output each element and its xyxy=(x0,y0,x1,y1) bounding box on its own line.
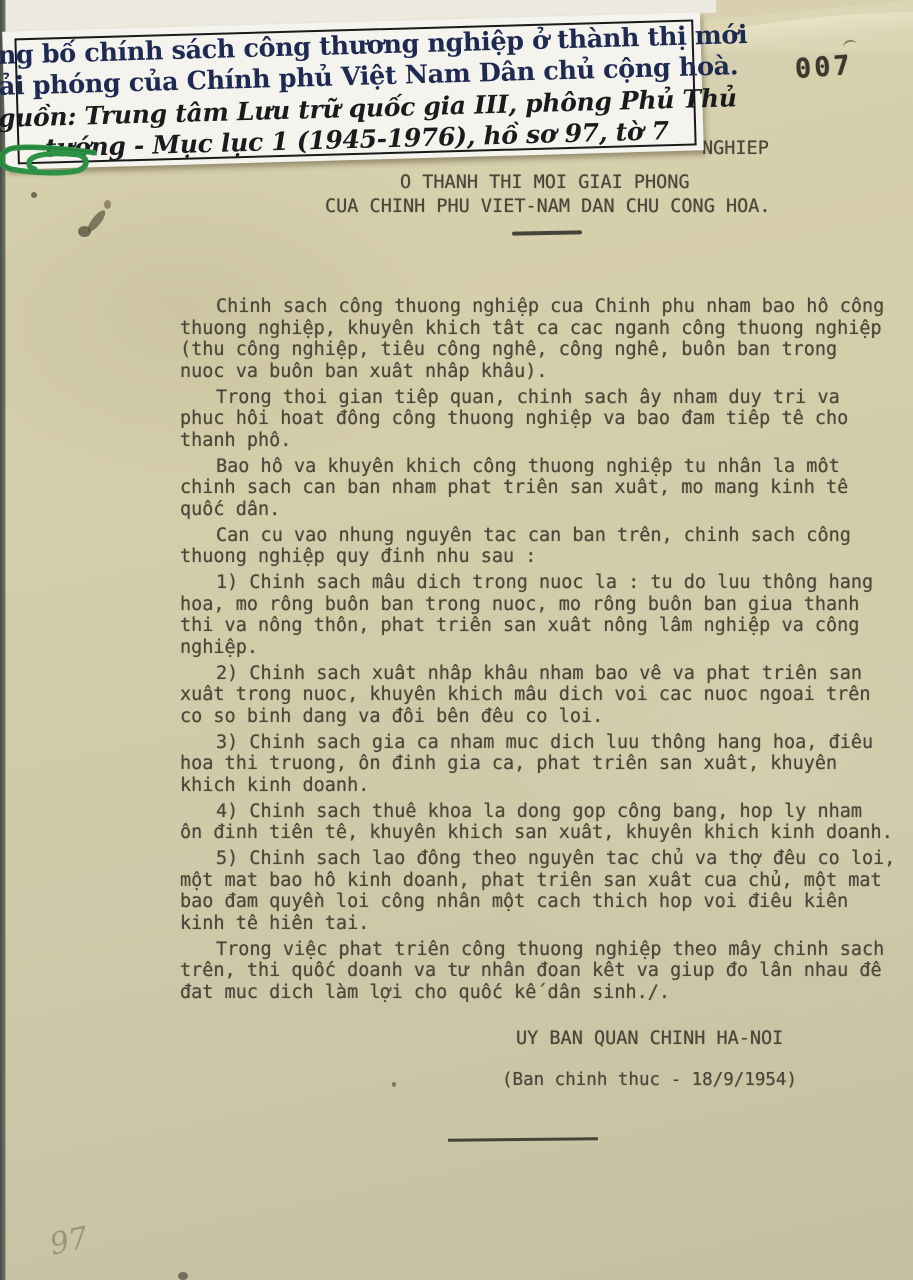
paragraph: Trong thoi gian tiêp quan, chinh sach ây… xyxy=(180,387,913,452)
ink-stain xyxy=(104,200,111,209)
paragraph: Can cu vao nhung nguyên tac can ban trên… xyxy=(180,525,913,568)
typed-heading-line3: CUA CHINH PHU VIET-NAM DAN CHU CONG HOA. xyxy=(325,196,771,217)
closing-rule xyxy=(448,1137,598,1141)
paragraph: 5) Chinh sach lao đông theo nguyên tac c… xyxy=(180,848,913,934)
paragraph: Trong việc phat triên công thuong nghiệp… xyxy=(180,939,913,1004)
typed-heading-fragment: NGHIEP xyxy=(702,138,769,159)
paragraph: Bao hô va khuyên khich công thuong nghiệ… xyxy=(180,456,913,521)
paragraph: 2) Chinh sach xuât nhâp khâu nham bao vê… xyxy=(180,663,913,728)
archive-label-sticker: Công bố chính sách công thương nghiệp ở … xyxy=(2,12,704,169)
signature-issuer: UY BAN QUAN CHINH HA-NOI xyxy=(516,1028,783,1049)
signature-date-note: (Ban chinh thuc - 18/9/1954) xyxy=(502,1070,797,1090)
scanned-document-page: 007 NGHIEP O THANH THI MOI GIAI PHONG CU… xyxy=(0,0,913,1280)
ink-stain xyxy=(392,1082,396,1087)
ink-stain xyxy=(78,226,91,237)
paperclip-icon xyxy=(0,140,99,182)
ink-stain xyxy=(178,1272,188,1280)
document-body: Chinh sach công thuong nghiệp cua Chinh … xyxy=(180,296,913,1008)
typed-heading-line2: O THANH THI MOI GIAI PHONG xyxy=(400,172,690,193)
folio-number-stamp: 007 xyxy=(794,50,854,85)
heading-underline xyxy=(512,230,582,235)
paragraph: 1) Chinh sach mâu dich trong nuoc la : t… xyxy=(180,572,913,658)
paragraph: Chinh sach công thuong nghiệp cua Chinh … xyxy=(180,296,913,382)
ink-stain xyxy=(31,192,37,198)
scan-left-edge xyxy=(0,0,6,1280)
paragraph: 3) Chinh sach gia ca nham muc dich luu t… xyxy=(180,732,913,797)
pencil-page-note: 97 xyxy=(47,1220,92,1262)
paragraph: 4) Chinh sach thuê khoa la dong gop công… xyxy=(180,801,913,844)
